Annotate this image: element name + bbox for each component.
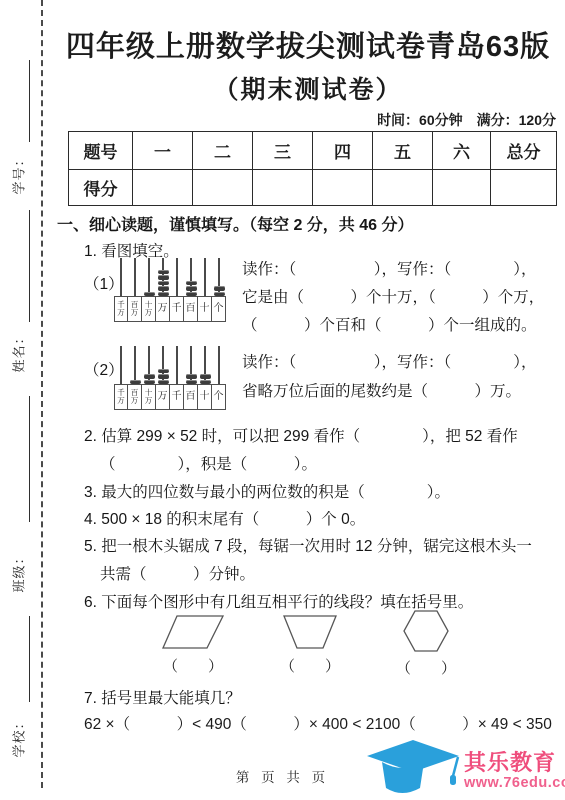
abacus-column-十: 十: [198, 258, 212, 322]
abacus-bead: [158, 380, 169, 385]
abacus-1: 千万百万十万万千百十个: [114, 258, 226, 322]
abacus-bead: [200, 374, 211, 379]
abacus-column-万: 万: [156, 346, 170, 410]
class-blank-line: [29, 396, 30, 522]
name-label: 姓名：: [9, 320, 28, 384]
abacus-bead: [144, 380, 155, 385]
abacus-bead: [214, 292, 225, 297]
question-7: 7. 括号里最大能填几？: [84, 686, 241, 708]
abacus-bead: [158, 270, 169, 275]
abacus-bead: [158, 286, 169, 291]
question-7-equations: 62 ×（ ）< 490 （ ）× 400 < 2100 （ ）× 49 < 3…: [84, 712, 507, 734]
score-row-label: 得分: [69, 170, 133, 206]
score-cell: [253, 170, 313, 206]
col-5: 五: [373, 132, 433, 170]
abacus-2: 千万百万十万万千百十个: [114, 346, 226, 410]
question-3: 3. 最大的四位数与最小的两位数的积是（ ）。: [84, 480, 450, 502]
abacus-column-十万: 十万: [142, 258, 156, 322]
abacus-bead: [186, 374, 197, 379]
student-id-blank-line: [29, 60, 30, 142]
score-cell: [433, 170, 491, 206]
abacus-bead: [158, 369, 169, 374]
abacus-column-百: 百: [184, 258, 198, 322]
abacus-bead: [158, 374, 169, 379]
abacus-column-千万: 千万: [114, 346, 128, 410]
page-title: 四年级上册数学拔尖测试卷青岛63版: [60, 24, 556, 65]
question-4: 4. 500 × 18 的积末尾有（ ）个 0。: [84, 507, 365, 529]
question-2-line1: 2. 估算 299 × 52 时，可以把 299 看作（ ），把 52 看作: [84, 424, 518, 446]
graduation-cap-icon: [366, 739, 460, 797]
abacus-bead: [130, 380, 141, 385]
q6-bracket-2: （ ）: [280, 655, 340, 676]
page-subtitle: （期末测试卷）: [60, 70, 556, 106]
abacus-bead: [214, 286, 225, 291]
question-6: 6. 下面每个图形中有几组互相平行的线段？填在括号里。: [84, 590, 473, 612]
q1-part1-text: 读作：（ ），写作：（ ）， 它是由（ ）个十万，（ ）个万， （ ）个百和（ …: [242, 256, 544, 340]
question-5-line2: 共需（ ）分钟。: [100, 562, 255, 584]
test-paper-page: 学号： 姓名： 班级： 学校： 四年级上册数学拔尖测试卷青岛63版 （期末测试卷…: [0, 0, 565, 800]
col-2: 二: [193, 132, 253, 170]
question-5-line1: 5. 把一根木头锯成 7 段，每锯一次用时 12 分钟，锯完这根木头一: [84, 534, 532, 556]
abacus-column-个: 个: [212, 346, 226, 410]
abacus-column-百万: 百万: [128, 258, 142, 322]
q1-part1-line2: 它是由（ ）个十万，（ ）个万，: [242, 284, 544, 312]
q6-bracket-3: （ ）: [396, 657, 456, 678]
abacus-column-百万: 百万: [128, 346, 142, 410]
hexagon-icon: [403, 610, 449, 652]
question-2-line2: （ ），积是（ ）。: [100, 452, 317, 474]
name-blank-line: [29, 210, 30, 322]
shape-hexagon: （ ）: [381, 610, 471, 678]
col-total: 总分: [491, 132, 557, 170]
col-3: 三: [253, 132, 313, 170]
abacus-bead: [144, 292, 155, 297]
q7-equation-1: 62 ×（ ）< 490: [84, 712, 231, 734]
abacus-column-千: 千: [170, 346, 184, 410]
abacus-bead: [186, 281, 197, 286]
shape-parallelogram: （ ）: [148, 614, 238, 676]
abacus-bead: [186, 292, 197, 297]
score-table-header-row: 题号 一 二 三 四 五 六 总分: [69, 132, 557, 170]
col-question-no: 题号: [69, 132, 133, 170]
score-cell: [193, 170, 253, 206]
score-table-score-row: 得分: [69, 170, 557, 206]
student-id-label: 学号：: [9, 142, 28, 206]
section-1-heading: 一、细心读题，谨慎填写。（每空 2 分，共 46 分）: [57, 212, 413, 235]
col-4: 四: [313, 132, 373, 170]
abacus-column-十万: 十万: [142, 346, 156, 410]
shape-trapezoid: （ ）: [265, 614, 355, 676]
abacus-column-千: 千: [170, 258, 184, 322]
parallelogram-icon: [161, 614, 225, 650]
abacus-bead: [186, 286, 197, 291]
q1-part2-text: 读作：（ ），写作：（ ）， 省略万位后面的尾数约是（ ）万。: [242, 348, 537, 406]
score-cell: [491, 170, 557, 206]
binding-dashed-line: [41, 0, 43, 788]
q1-part2-line2: 省略万位后面的尾数约是（ ）万。: [242, 377, 537, 406]
time-score-info: 时间：60分钟 满分：120分: [60, 110, 556, 130]
abacus-bead: [144, 374, 155, 379]
score-cell: [313, 170, 373, 206]
col-6: 六: [433, 132, 491, 170]
q1-part2-line1: 读作：（ ），写作：（ ），: [242, 348, 537, 377]
abacus-column-十: 十: [198, 346, 212, 410]
abacus-column-个: 个: [212, 258, 226, 322]
score-cell: [133, 170, 193, 206]
abacus-bead: [186, 380, 197, 385]
q7-equation-3: （ ）× 49 < 350: [400, 712, 552, 734]
score-cell: [373, 170, 433, 206]
abacus-column-千万: 千万: [114, 258, 128, 322]
school-label: 学校：: [9, 705, 28, 769]
q1-part1-line3: （ ）个百和（ ）个一组成的。: [242, 312, 544, 340]
abacus-bead: [158, 292, 169, 297]
logo-brand-text: 其乐教育: [464, 746, 556, 777]
abacus-bead: [158, 281, 169, 286]
score-table: 题号 一 二 三 四 五 六 总分 得分: [68, 131, 557, 206]
abacus-bead: [200, 380, 211, 385]
trapezoid-icon: [282, 614, 338, 650]
logo-url-text: www.76edu.com: [464, 775, 565, 791]
abacus-column-百: 百: [184, 346, 198, 410]
col-1: 一: [133, 132, 193, 170]
class-label: 班级：: [9, 540, 28, 604]
q1-part1-line1: 读作：（ ），写作：（ ），: [242, 256, 544, 284]
q7-equation-2: （ ）× 400 < 2100: [231, 712, 400, 734]
school-blank-line: [29, 616, 30, 702]
abacus-bead: [158, 275, 169, 280]
abacus-column-万: 万: [156, 258, 170, 322]
q6-bracket-1: （ ）: [163, 655, 223, 676]
